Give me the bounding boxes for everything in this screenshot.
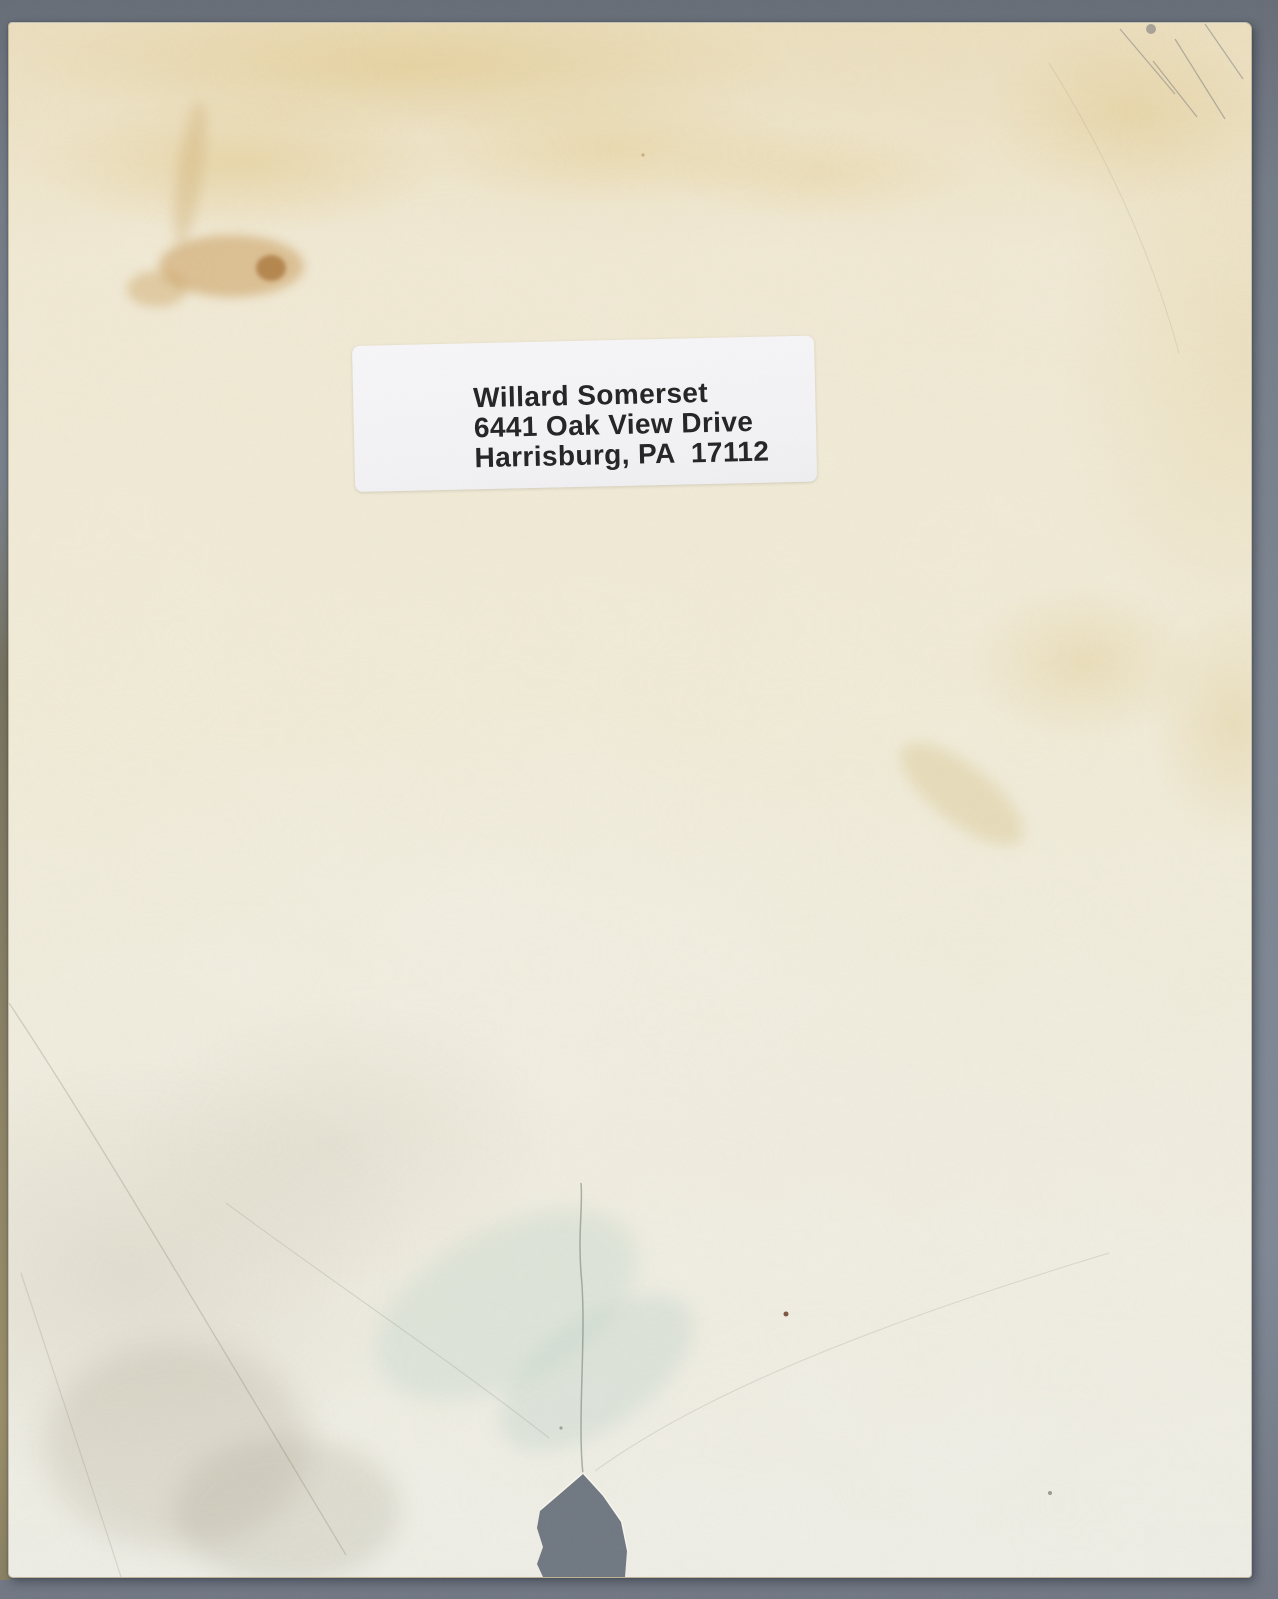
address-label: Willard Somerset 6441 Oak View Drive Har… [352, 336, 817, 492]
photo-back-scene: Willard Somerset 6441 Oak View Drive Har… [0, 0, 1278, 1599]
pencil-smudge [1146, 24, 1156, 34]
photo-paper-back [8, 22, 1252, 1578]
red-speck [784, 1312, 789, 1317]
address-city-line: Harrisburg, PA 17112 [474, 436, 807, 474]
small-speck [641, 153, 644, 156]
wear-marks-overlay [9, 23, 1251, 1577]
small-speck [559, 1426, 562, 1429]
age-mottling [9, 23, 1251, 1577]
gray-speck [1048, 1491, 1052, 1495]
